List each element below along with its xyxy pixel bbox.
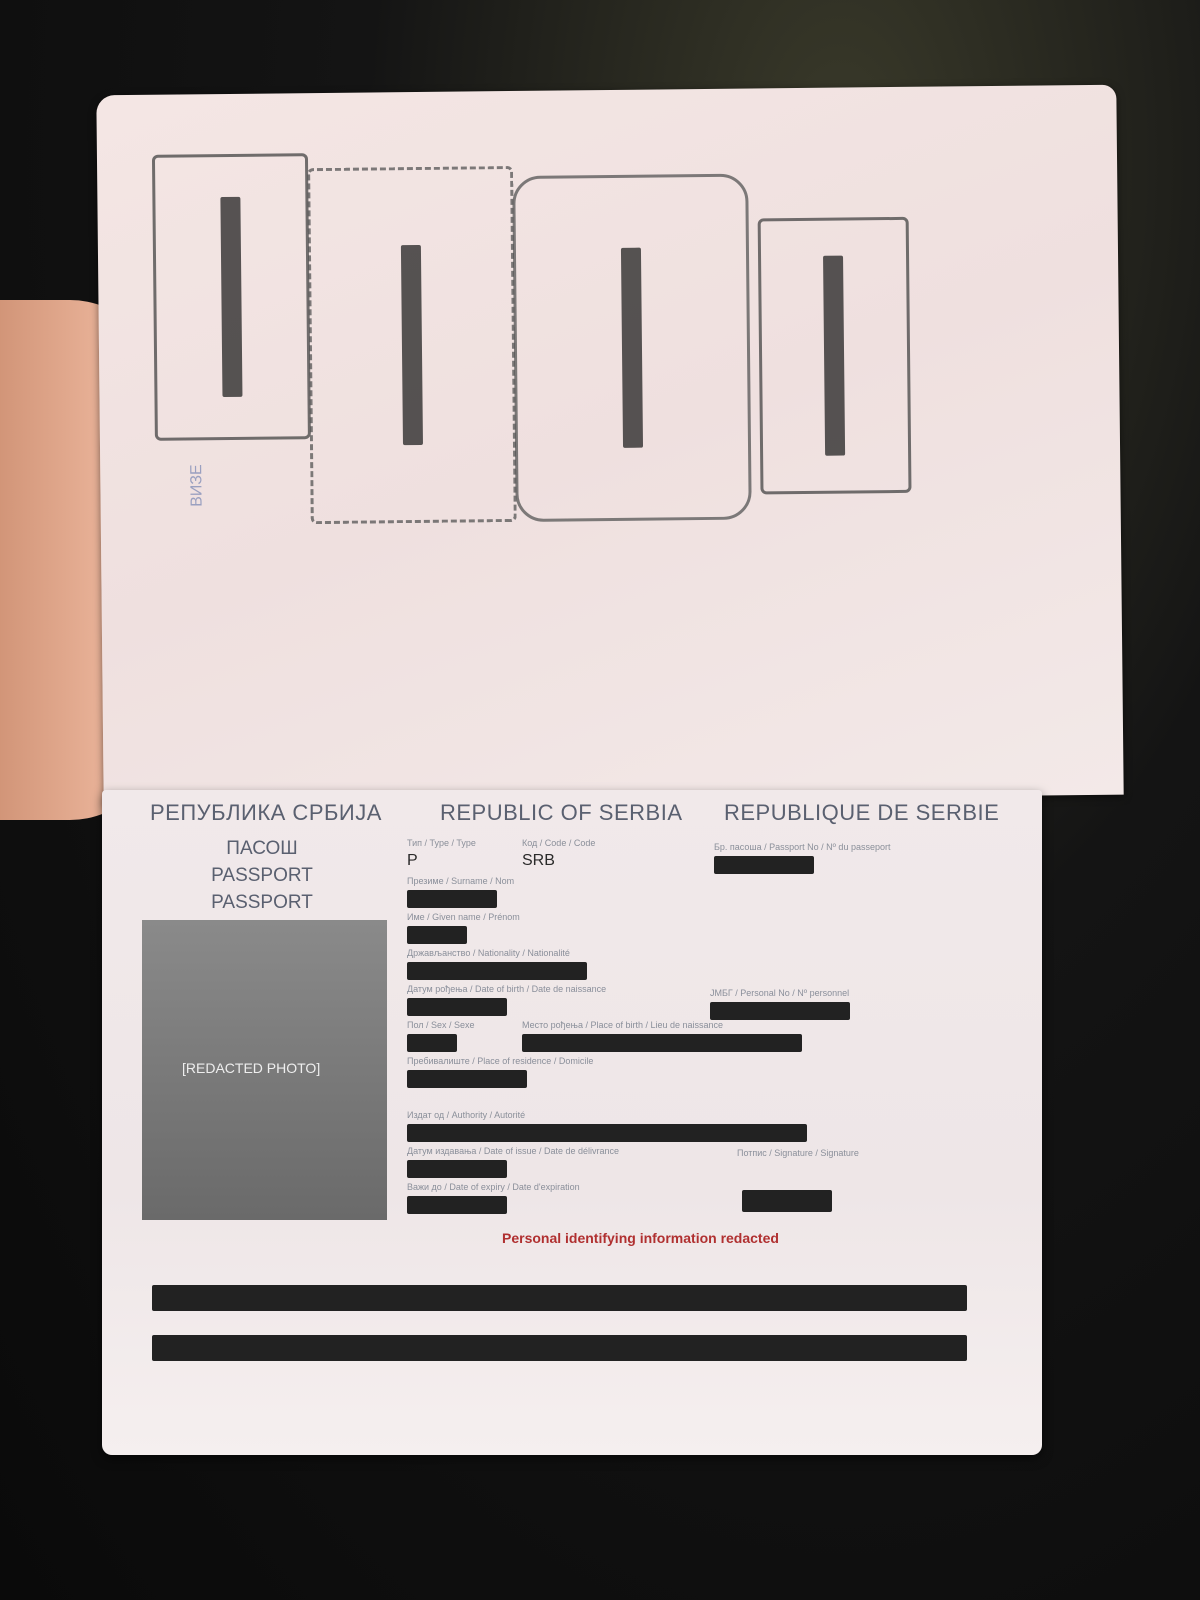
sex-label: Пол / Sex / Sexe bbox=[407, 1020, 475, 1030]
passport-no-label: Бр. пасоша / Passport No / Nº du passepo… bbox=[714, 842, 890, 852]
header-english: REPUBLIC OF SERBIA bbox=[440, 800, 683, 826]
authority-redacted bbox=[407, 1124, 807, 1142]
given-names-label: Име / Given name / Prénom bbox=[407, 912, 520, 922]
passport-no-redacted bbox=[714, 856, 814, 874]
exit-stamp-2 bbox=[512, 174, 752, 522]
dob-redacted bbox=[407, 998, 507, 1016]
visa-side-label: ВИЗЕ bbox=[188, 464, 206, 507]
type-label: Тип / Type / Type bbox=[407, 838, 476, 848]
document-title: ПАСОШ PASSPORT PASSPORT bbox=[182, 835, 342, 916]
signature-redacted bbox=[742, 1190, 832, 1212]
exit-stamp-1 bbox=[152, 153, 311, 441]
signature-label: Потпис / Signature / Signature bbox=[737, 1148, 859, 1158]
nationality-label: Држављанство / Nationality / Nationalité bbox=[407, 948, 570, 958]
dob-label: Датум рођења / Date of birth / Date de n… bbox=[407, 984, 606, 994]
place-of-birth-label: Место рођења / Place of birth / Lieu de … bbox=[522, 1020, 723, 1030]
given-names-redacted bbox=[407, 926, 467, 944]
personal-no-label: ЈМБГ / Personal No / Nº personnel bbox=[710, 988, 849, 998]
entry-stamp-2 bbox=[758, 217, 912, 495]
surname-redacted bbox=[407, 890, 497, 908]
residence-label: Пребивалиште / Place of residence / Domi… bbox=[407, 1056, 593, 1066]
code-label: Код / Code / Code bbox=[522, 838, 595, 848]
place-of-birth-redacted bbox=[522, 1034, 802, 1052]
expiry-date-redacted bbox=[407, 1196, 507, 1214]
mrz-line-1-redacted bbox=[152, 1285, 967, 1311]
passport-data-page: РЕПУБЛИКА СРБИЈА REPUBLIC OF SERBIA REPU… bbox=[102, 790, 1042, 1455]
personal-no-redacted bbox=[710, 1002, 850, 1020]
issue-date-label: Датум издавања / Date of issue / Date de… bbox=[407, 1146, 619, 1156]
mrz-line-2-redacted bbox=[152, 1335, 967, 1361]
entry-stamp-1 bbox=[307, 166, 517, 524]
issue-date-redacted bbox=[407, 1160, 507, 1178]
sex-redacted bbox=[407, 1034, 457, 1052]
header-french: REPUBLIQUE DE SERBIE bbox=[724, 800, 999, 826]
type-value: P bbox=[407, 852, 418, 870]
redaction-note: Personal identifying information redacte… bbox=[502, 1230, 779, 1246]
holder-photo-redacted: [REDACTED PHOTO] bbox=[142, 920, 387, 1220]
authority-label: Издат од / Authority / Autorité bbox=[407, 1110, 525, 1120]
code-value: SRB bbox=[522, 852, 555, 870]
header-cyrillic: РЕПУБЛИКА СРБИЈА bbox=[150, 800, 382, 826]
visa-page: ВИЗЕ bbox=[96, 85, 1123, 806]
residence-redacted bbox=[407, 1070, 527, 1088]
expiry-date-label: Важи до / Date of expiry / Date d'expira… bbox=[407, 1182, 580, 1192]
surname-label: Презиме / Surname / Nom bbox=[407, 876, 514, 886]
nationality-redacted bbox=[407, 962, 587, 980]
